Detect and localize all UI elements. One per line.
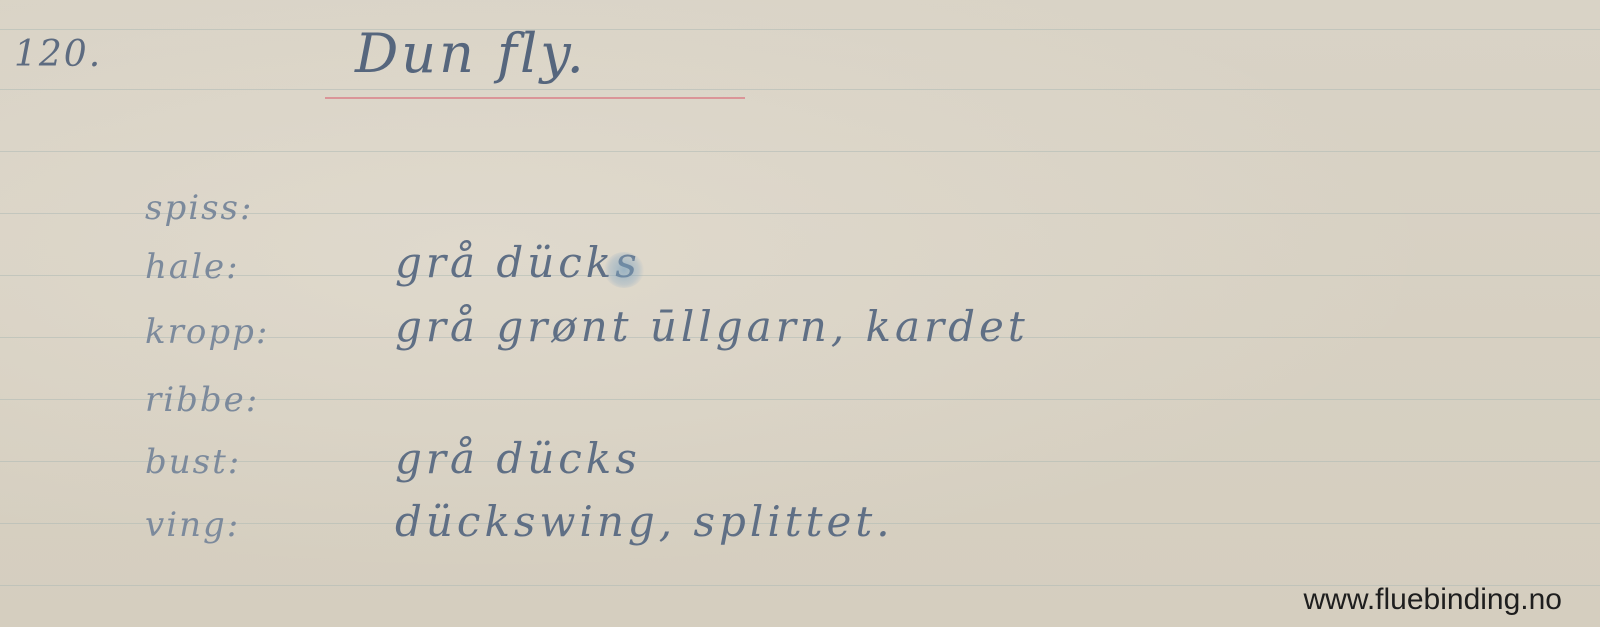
ruled-line [0, 89, 1600, 90]
label-hale: hale: [145, 247, 240, 287]
page-title: Dun fly. [355, 22, 587, 85]
label-kropp: kropp: [145, 312, 269, 352]
watermark: www.fluebinding.no [1303, 583, 1562, 617]
ruled-line [0, 29, 1600, 30]
entry-number: 120. [14, 34, 102, 75]
value-kropp: grå grønt ūllgarn, kardet [395, 302, 1029, 351]
ruled-line [0, 275, 1600, 276]
label-ving: ving: [145, 505, 240, 545]
value-hale: grå dücks [395, 238, 641, 287]
label-bust: bust: [145, 442, 241, 482]
title-underline [325, 97, 745, 99]
ruled-line [0, 151, 1600, 152]
label-spiss: spiss: [145, 188, 253, 228]
ink-blot [604, 252, 644, 288]
value-bust: grå dücks [395, 434, 641, 483]
value-ving: dückswing, splittet. [395, 497, 894, 546]
label-ribbe: ribbe: [145, 380, 259, 420]
notebook-page: 120. Dun fly. spiss: hale: grå dücks kro… [0, 0, 1600, 627]
